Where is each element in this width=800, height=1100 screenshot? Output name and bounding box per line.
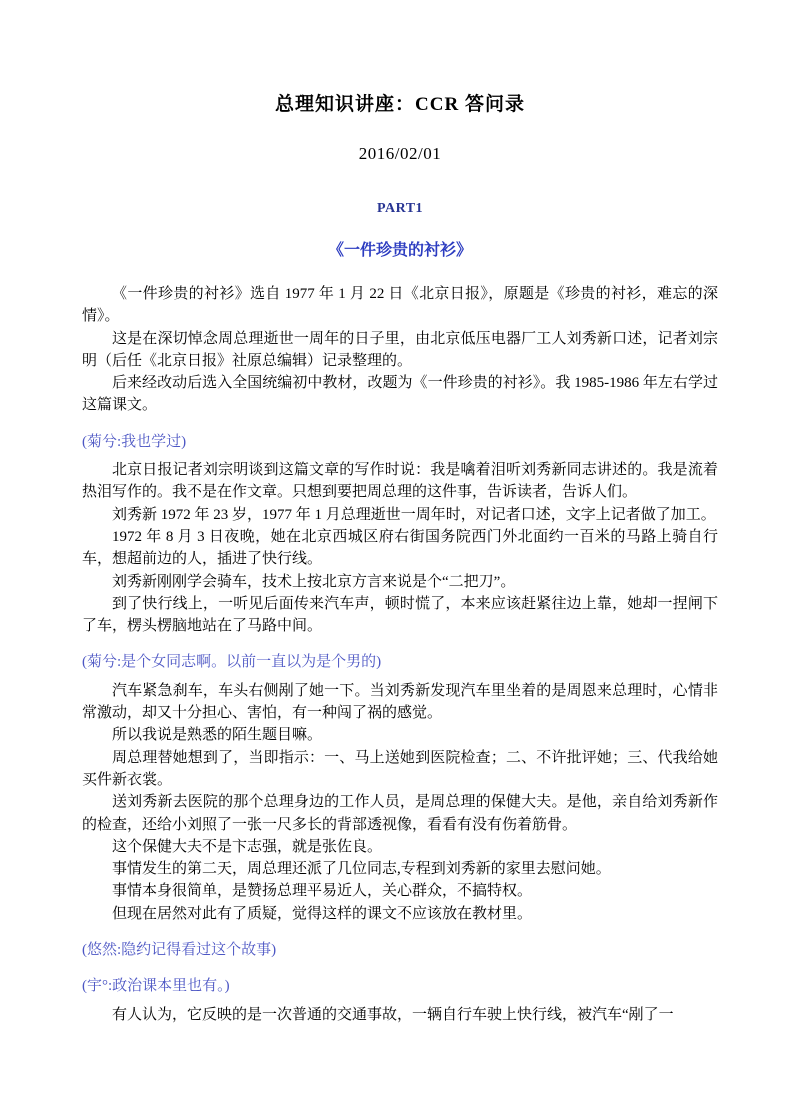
paragraph: 1972 年 8 月 3 日夜晚，她在北京西城区府右街国务院西门外北面约一百米的… — [82, 526, 718, 571]
reader-annotation: (悠然:隐约记得看过这个故事) — [82, 939, 718, 961]
paragraph: 北京日报记者刘宗明谈到这篇文章的写作时说：我是噙着泪听刘秀新同志讲述的。我是流着… — [82, 459, 718, 504]
paragraph: 这是在深切悼念周总理逝世一周年的日子里，由北京低压电器厂工人刘秀新口述，记者刘宗… — [82, 328, 718, 373]
paragraph: 事情本身很简单，是赞扬总理平易近人，关心群众，不搞特权。 — [82, 880, 718, 902]
paragraph: 刘秀新刚刚学会骑车，技术上按北京方言来说是个“二把刀”。 — [82, 571, 718, 593]
paragraph: 但现在居然对此有了质疑，觉得这样的课文不应该放在教材里。 — [82, 903, 718, 925]
paragraph: 这个保健大夫不是卞志强，就是张佐良。 — [82, 836, 718, 858]
paragraph: 刘秀新 1972 年 23 岁，1977 年 1 月总理逝世一周年时，对记者口述… — [82, 504, 718, 526]
part-label: PART1 — [82, 200, 718, 218]
document-title: 总理知识讲座：CCR 答问录 — [82, 92, 718, 118]
reader-annotation: (菊兮:我也学过) — [82, 431, 718, 453]
paragraph: 所以我说是熟悉的陌生题目嘛。 — [82, 724, 718, 746]
reader-annotation: (宇°:政治课本里也有。) — [82, 975, 718, 997]
paragraph: 事情发生的第二天，周总理还派了几位同志,专程到刘秀新的家里去慰问她。 — [82, 858, 718, 880]
document-body: 《一件珍贵的衬衫》选自 1977 年 1 月 22 日《北京日报》，原题是《珍贵… — [82, 283, 718, 1026]
reader-annotation: (菊兮:是个女同志啊。以前一直以为是个男的) — [82, 651, 718, 673]
document-date: 2016/02/01 — [82, 142, 718, 166]
document-page: 总理知识讲座：CCR 答问录 2016/02/01 PART1 《一件珍贵的衬衫… — [0, 0, 800, 1100]
paragraph: 汽车紧急刹车，车头右侧剐了她一下。当刘秀新发现汽车里坐着的是周恩来总理时，心情非… — [82, 680, 718, 725]
paragraph: 到了快行线上，一听见后面传来汽车声，顿时慌了，本来应该赶紧往边上靠，她却一捏闸下… — [82, 593, 718, 638]
paragraph: 周总理替她想到了，当即指示：一、马上送她到医院检查；二、不许批评她；三、代我给她… — [82, 747, 718, 792]
paragraph: 送刘秀新去医院的那个总理身边的工作人员，是周总理的保健大夫。是他，亲自给刘秀新作… — [82, 791, 718, 836]
section-heading: 《一件珍贵的衬衫》 — [82, 240, 718, 262]
paragraph: 后来经改动后选入全国统编初中教材，改题为《一件珍贵的衬衫》。我 1985-198… — [82, 372, 718, 417]
paragraph: 有人认为，它反映的是一次普通的交通事故，一辆自行车驶上快行线，被汽车“剐了一 — [82, 1004, 718, 1026]
paragraph: 《一件珍贵的衬衫》选自 1977 年 1 月 22 日《北京日报》，原题是《珍贵… — [82, 283, 718, 328]
